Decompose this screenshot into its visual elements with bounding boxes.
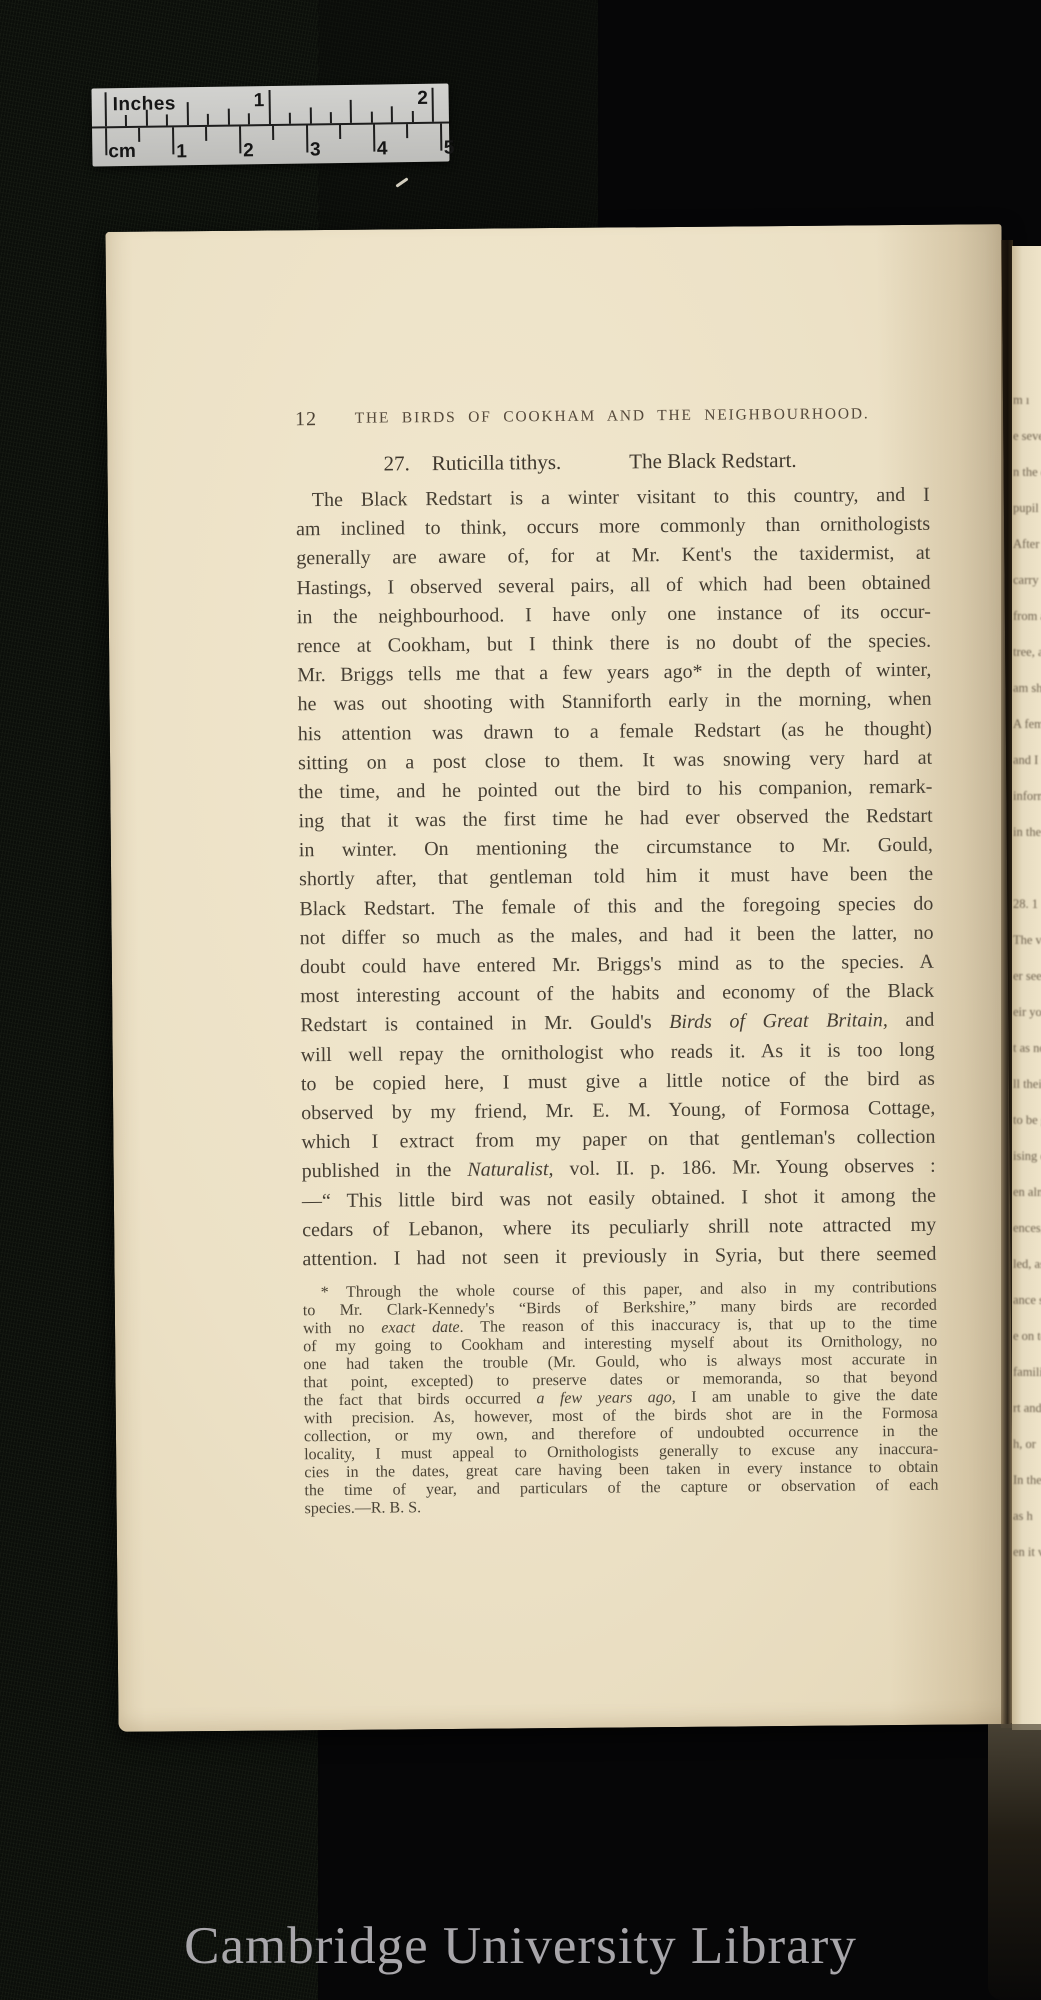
facing-page-fragment: en it v xyxy=(1013,1546,1041,1559)
ruler-cm-tick xyxy=(439,124,441,151)
ruler-cm-number: 3 xyxy=(310,139,321,161)
species-common-name: The Black Redstart. xyxy=(629,448,797,473)
facing-page-edge: m ıe severaln the dipupil sigAfter acarr… xyxy=(1012,246,1041,1730)
ruler-cm-tick xyxy=(172,127,174,154)
ruler-inch-tick xyxy=(227,109,229,125)
ruler-inch-tick xyxy=(268,90,270,124)
facing-page-fragment: familiarity xyxy=(1013,1366,1041,1379)
facing-page-fragment: rt and xyxy=(1013,1402,1041,1415)
facing-page-fragment: informs m xyxy=(1013,790,1041,803)
ruler-inch-number: 2 xyxy=(406,88,428,110)
facing-page-fragment: eir young xyxy=(1013,1006,1041,1019)
ruler-inch-tick xyxy=(309,107,311,123)
facing-page-fragment: e on to the xyxy=(1013,1330,1041,1343)
page-header: 12 THE BIRDS OF COOKHAM AND THE NEIGHBOU… xyxy=(295,405,929,435)
species-latin-name: Ruticilla tithys. xyxy=(432,450,562,475)
facing-page-fragment: m ı xyxy=(1013,394,1041,407)
ruler: Inches cm 1212345 xyxy=(91,84,449,167)
facing-page-fragment: A female R xyxy=(1013,718,1041,731)
facing-page-fragment: e several xyxy=(1013,430,1041,443)
section-number: 27. xyxy=(383,451,409,475)
facing-page-fragment: t as no on xyxy=(1013,1042,1041,1055)
ruler-inch-tick xyxy=(289,113,291,124)
body-line: attention. I had not seen it previously … xyxy=(302,1240,936,1275)
ruler-cm-tick xyxy=(306,125,308,152)
ruler-inch-tick xyxy=(105,92,107,126)
facing-page-fragment: en almost xyxy=(1013,1186,1041,1199)
facing-page-fragment: n the di xyxy=(1013,466,1041,479)
ruler-cm-number: 2 xyxy=(243,140,254,162)
ruler-inch-tick xyxy=(350,100,352,123)
ruler-inch-tick xyxy=(432,88,434,122)
facing-page-fragment: carry the xyxy=(1013,574,1041,587)
ruler-cm-tick xyxy=(105,128,107,155)
facing-page-fragment: ll their par xyxy=(1013,1078,1041,1091)
ruler-cm-tick xyxy=(373,125,375,152)
library-watermark: Cambridge University Library xyxy=(0,1916,1041,1976)
ruler-inch-tick xyxy=(186,102,188,125)
facing-page-fragment: After a xyxy=(1013,538,1041,551)
ruler-cm-number: 1 xyxy=(176,141,187,163)
facing-page-fragment: as h xyxy=(1013,1510,1041,1523)
ruler-inches-label: Inches xyxy=(113,93,177,116)
ruler-cm-tick xyxy=(205,127,207,141)
facing-page-fragment: in the xyxy=(1013,826,1041,839)
ruler-cm-label: cm xyxy=(108,141,136,163)
ruler-inch-tick xyxy=(207,114,209,125)
ruler-inch-tick xyxy=(330,112,332,123)
ruler-cm-tick xyxy=(339,125,341,139)
book-page: 12 THE BIRDS OF COOKHAM AND THE NEIGHBOU… xyxy=(105,224,1014,1732)
ruler-cm-tick xyxy=(138,128,140,142)
facing-page-fragment: led, as s xyxy=(1013,1258,1041,1271)
footnote-text: * Through the whole course of this paper… xyxy=(303,1279,939,1519)
body-text: The Black Redstart is a winter visitant … xyxy=(296,481,937,1275)
ruler-inch-tick xyxy=(371,112,373,123)
facing-page-fragment: 28. 1 xyxy=(1013,898,1041,911)
facing-page-fragment: ences, ye xyxy=(1013,1222,1041,1235)
facing-page-fragment: from a l xyxy=(1013,610,1041,623)
ruler-inch-tick xyxy=(412,111,414,122)
ruler-cm-tick xyxy=(272,126,274,140)
ruler-inch-tick xyxy=(391,106,393,122)
ruler-cm-number: 5 xyxy=(444,137,455,159)
facing-page-fragment: The villag xyxy=(1013,934,1041,947)
ruler-cm-tick xyxy=(406,124,408,138)
ruler-cm-tick xyxy=(239,126,241,153)
facing-page-fragment: tree, and xyxy=(1013,646,1041,659)
ruler-inch-tick xyxy=(125,115,127,126)
section-heading: 27.Ruticilla tithys.The Black Redstart. xyxy=(295,447,929,478)
ruler-inch-tick xyxy=(146,110,148,126)
ruler-inch-tick xyxy=(166,114,168,125)
facing-page-fragment: to be give xyxy=(1013,1114,1041,1127)
facing-page-fragment: h, or xyxy=(1013,1438,1041,1451)
facing-page-fragment: er sees a xyxy=(1013,970,1041,983)
facing-page-fragment: pupil sig xyxy=(1013,502,1041,515)
ruler-inch-tick xyxy=(248,113,250,124)
facing-page-fragment: ising out o xyxy=(1013,1150,1041,1163)
facing-page-fragment: In the xyxy=(1013,1474,1041,1487)
facing-page-fragment: and I s xyxy=(1013,754,1041,767)
facing-page-fragment: ance so xyxy=(1013,1294,1041,1307)
running-header: THE BIRDS OF COOKHAM AND THE NEIGHBOURHO… xyxy=(295,405,929,429)
facing-page-fragment: am shot xyxy=(1013,682,1041,695)
ruler-cm-number: 4 xyxy=(377,138,388,160)
page-number: 12 xyxy=(295,408,317,431)
ruler-inch-number: 1 xyxy=(242,90,264,112)
